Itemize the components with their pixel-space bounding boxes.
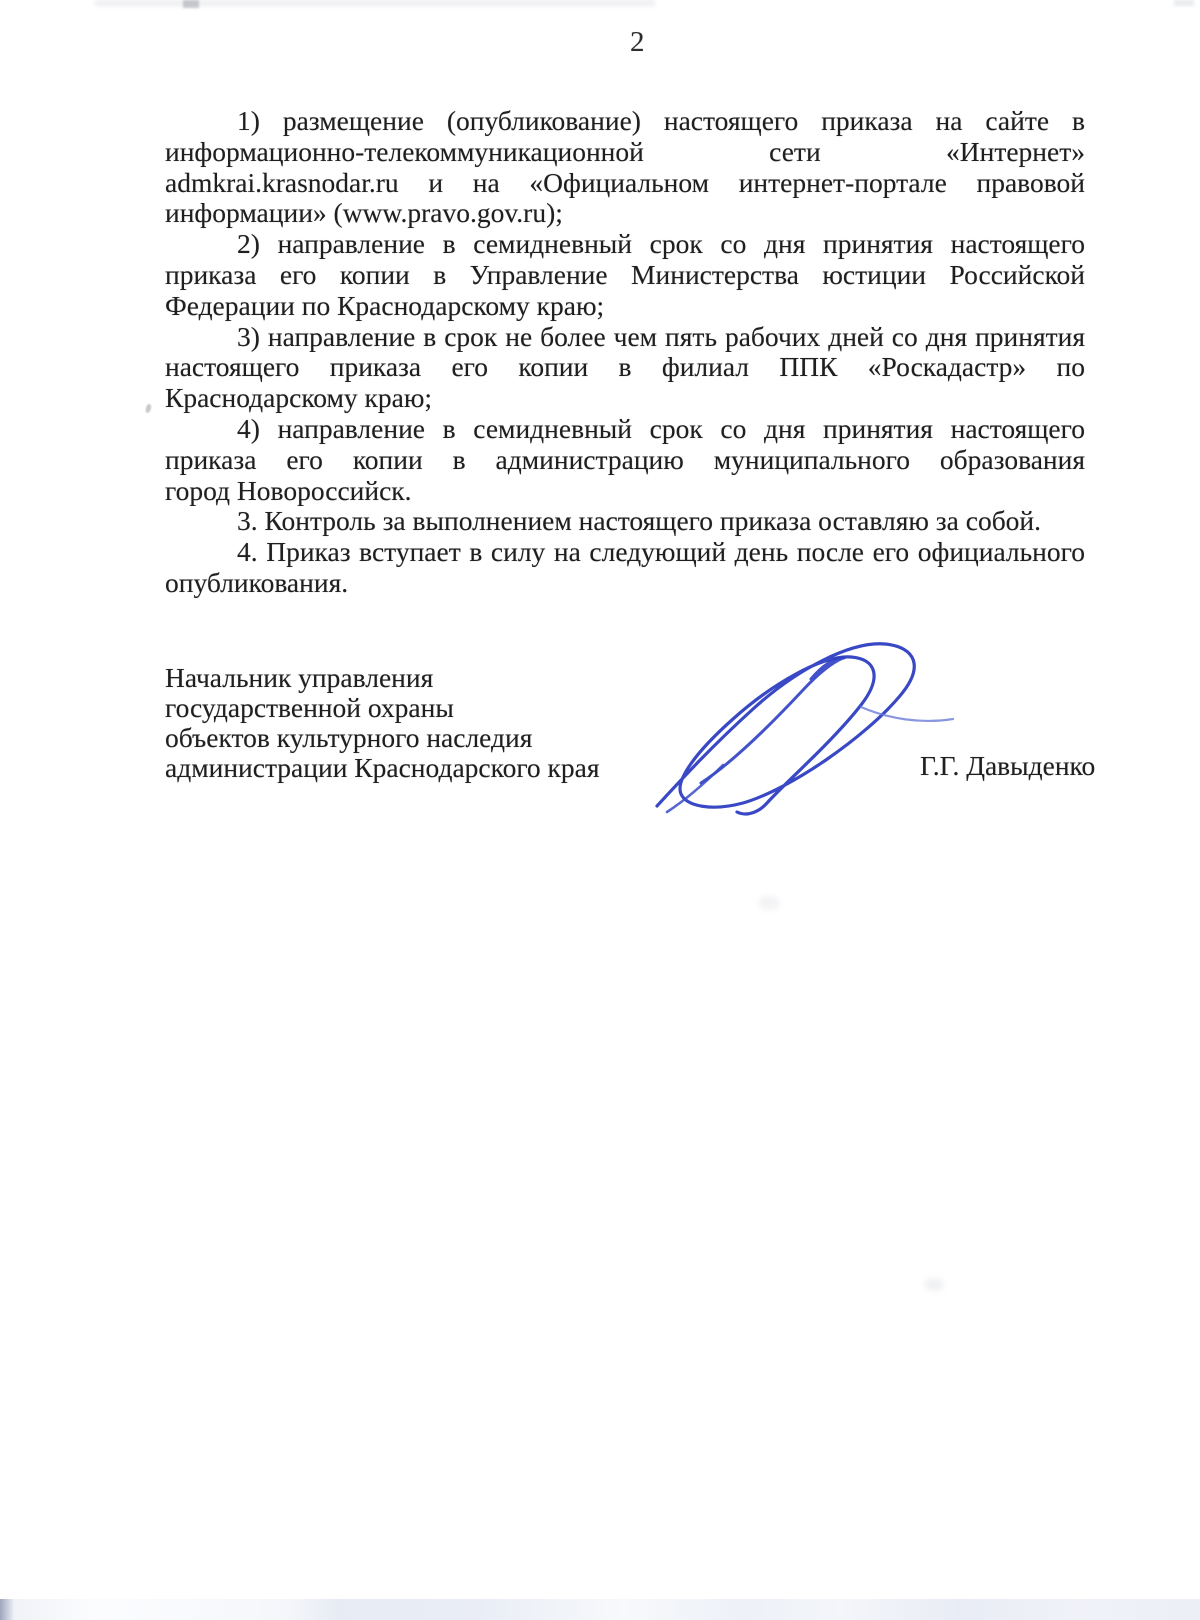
text-line: 4) направление в семидневный срок со дня…	[165, 414, 1085, 445]
scan-smear-top	[95, 0, 655, 6]
scan-smudge	[924, 1278, 944, 1291]
text-line: 2) направление в семидневный срок со дня…	[165, 229, 1085, 260]
text-line: 1) размещение (опубликование) настоящего…	[165, 106, 1085, 137]
text-line: Федерации по Краснодарскому краю;	[165, 291, 1085, 322]
scan-band-bottom	[0, 1599, 1200, 1620]
signatory-position-line: объектов культурного наследия	[165, 723, 685, 753]
document-page: 2 1) размещение (опубликование) настояще…	[0, 0, 1200, 1620]
text-line: admkrai.krasnodar.ru и на «Официальном и…	[165, 168, 1085, 199]
signature-ink	[635, 633, 965, 823]
scan-smudge	[758, 896, 780, 910]
text-line: 4. Приказ вступает в силу на следующий д…	[165, 537, 1085, 568]
text-line: приказа его копии в администрацию муници…	[165, 445, 1085, 476]
signatory-position-line: администрации Краснодарского края	[165, 753, 685, 783]
signee-name: Г.Г. Давыденко	[920, 750, 1095, 782]
document-body: 1) размещение (опубликование) настоящего…	[165, 106, 1085, 599]
text-line: 3) направление в срок не более чем пять …	[165, 322, 1085, 353]
text-line: информационно-телекоммуникационной сети …	[165, 137, 1085, 168]
text-line: опубликования.	[165, 568, 1085, 599]
text-line: Краснодарскому краю;	[165, 383, 1085, 414]
signatory-position-line: государственной охраны	[165, 693, 685, 723]
text-line: настоящего приказа его копии в филиал ПП…	[165, 352, 1085, 383]
text-line: информации» (www.pravo.gov.ru);	[165, 198, 1085, 229]
text-line: приказа его копии в Управление Министерс…	[165, 260, 1085, 291]
text-line: город Новороссийск.	[165, 476, 1085, 507]
signatory-position: Начальник управления государственной охр…	[165, 663, 685, 783]
scan-mark-top-right	[1174, 0, 1194, 6]
signatory-position-line: Начальник управления	[165, 663, 685, 693]
page-number: 2	[630, 26, 645, 59]
scan-speck-left-margin	[145, 404, 152, 414]
text-line: 3. Контроль за выполнением настоящего пр…	[165, 506, 1085, 537]
scan-notch-top	[183, 0, 199, 8]
